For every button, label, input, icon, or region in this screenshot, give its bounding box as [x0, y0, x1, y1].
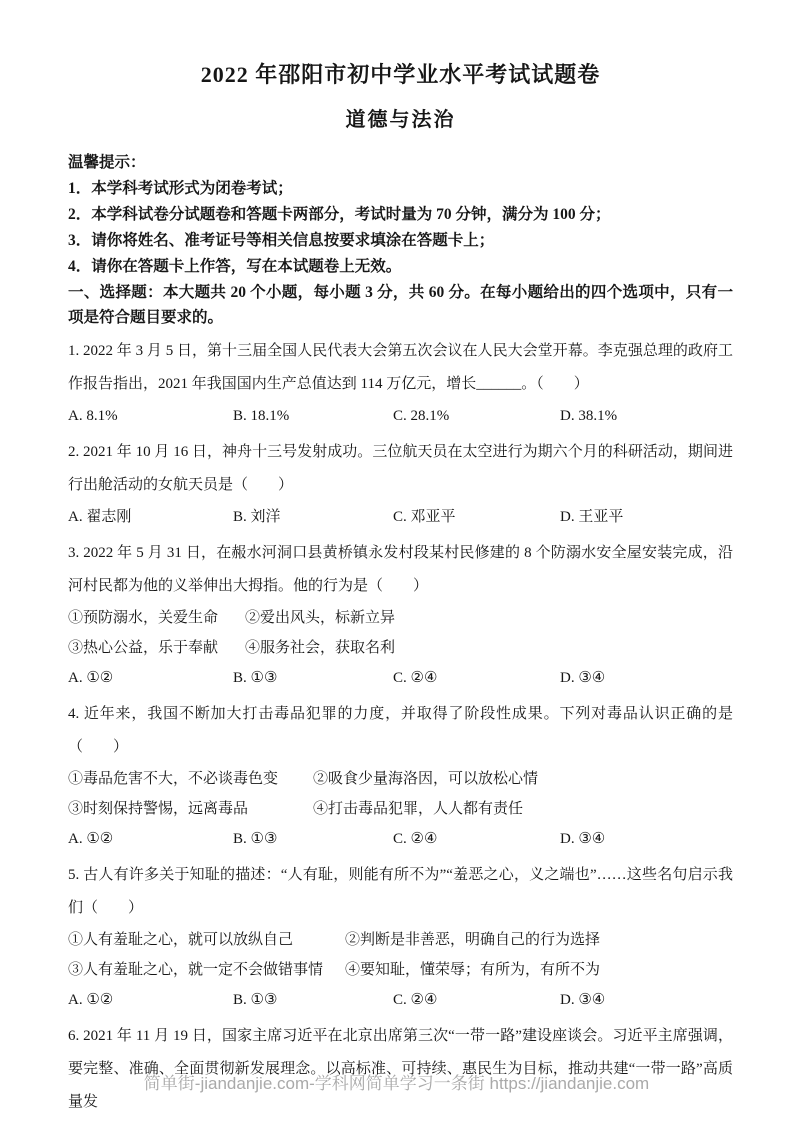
- question-5-statement-2: ②判断是非善恶，明确自己的行为选择: [345, 925, 600, 955]
- question-3-statement-3: ③热心公益，乐于奉献: [68, 633, 245, 663]
- tip-line-2: 2．本学科试卷分试题卷和答题卡两部分，考试时量为 70 分钟，满分为 100 分…: [68, 202, 733, 228]
- question-1-options: A. 8.1% B. 18.1% C. 28.1% D. 38.1%: [68, 401, 733, 431]
- question-5-options: A. ①② B. ①③ C. ②④ D. ③④: [68, 985, 733, 1015]
- question-4-statement-1: ①毒品危害不大，不必谈毒色变: [68, 764, 313, 794]
- question-3-statements-row-2: ③热心公益，乐于奉献 ④服务社会，获取名利: [68, 633, 733, 663]
- question-2-option-b: B. 刘洋: [233, 502, 393, 532]
- question-4-statement-4: ④打击毒品犯罪，人人都有责任: [313, 794, 523, 824]
- paper-subject: 道德与法治: [68, 106, 733, 134]
- tip-line-4: 4．请你在答题卡上作答，写在本试题卷上无效。: [68, 254, 733, 280]
- paper-title: 2022 年邵阳市初中学业水平考试试题卷: [68, 60, 733, 90]
- question-3-options: A. ①② B. ①③ C. ②④ D. ③④: [68, 663, 733, 693]
- question-4: 4. 近年来，我国不断加大打击毒品犯罪的力度，并取得了阶段性成果。下列对毒品认识…: [68, 698, 733, 854]
- question-5-option-a: A. ①②: [68, 985, 233, 1015]
- question-5: 5. 古人有许多关于知耻的描述：“人有耻，则能有所不为”“羞恶之心，义之端也”……: [68, 859, 733, 1015]
- tip-line-1: 1．本学科考试形式为闭卷考试；: [68, 176, 733, 202]
- question-4-statement-3: ③时刻保持警惕，远离毒品: [68, 794, 313, 824]
- question-4-option-d: D. ③④: [560, 824, 733, 854]
- question-5-option-b: B. ①③: [233, 985, 393, 1015]
- question-3-statement-4: ④服务社会，获取名利: [245, 633, 395, 663]
- question-4-statements-row-2: ③时刻保持警惕，远离毒品 ④打击毒品犯罪，人人都有责任: [68, 794, 733, 824]
- question-4-option-b: B. ①③: [233, 824, 393, 854]
- question-3-option-a: A. ①②: [68, 663, 233, 693]
- question-1-option-b: B. 18.1%: [233, 401, 393, 431]
- watermark-footer: 简单街-jiandanjie.com-学科网简单学习一条街 https://ji…: [0, 1069, 793, 1094]
- question-2-stem: 2. 2021 年 10 月 16 日，神舟十三号发射成功。三位航天员在太空进行…: [68, 436, 733, 502]
- question-1-stem: 1. 2022 年 3 月 5 日，第十三届全国人民代表大会第五次会议在人民大会…: [68, 335, 733, 401]
- question-3-option-d: D. ③④: [560, 663, 733, 693]
- question-1-option-c: C. 28.1%: [393, 401, 560, 431]
- question-3: 3. 2022 年 5 月 31 日，在赧水河洞口县黄桥镇永发村段某村民修建的 …: [68, 537, 733, 693]
- question-3-statement-2: ②爱出风头，标新立异: [245, 603, 395, 633]
- question-1-option-a: A. 8.1%: [68, 401, 233, 431]
- question-4-stem: 4. 近年来，我国不断加大打击毒品犯罪的力度，并取得了阶段性成果。下列对毒品认识…: [68, 698, 733, 764]
- question-5-stem: 5. 古人有许多关于知耻的描述：“人有耻，则能有所不为”“羞恶之心，义之端也”……: [68, 859, 733, 925]
- question-4-option-c: C. ②④: [393, 824, 560, 854]
- question-5-statement-1: ①人有羞耻之心，就可以放纵自己: [68, 925, 345, 955]
- question-5-statement-4: ④要知耻，懂荣辱；有所为，有所不为: [345, 955, 600, 985]
- question-5-option-d: D. ③④: [560, 985, 733, 1015]
- question-2: 2. 2021 年 10 月 16 日，神舟十三号发射成功。三位航天员在太空进行…: [68, 436, 733, 532]
- question-5-statement-3: ③人有羞耻之心，就一定不会做错事情: [68, 955, 345, 985]
- question-5-option-c: C. ②④: [393, 985, 560, 1015]
- question-3-option-b: B. ①③: [233, 663, 393, 693]
- question-3-statements-row-1: ①预防溺水，关爱生命 ②爱出风头，标新立异: [68, 603, 733, 633]
- tips-heading: 温馨提示：: [68, 150, 733, 176]
- question-4-option-a: A. ①②: [68, 824, 233, 854]
- exam-tips: 温馨提示： 1．本学科考试形式为闭卷考试； 2．本学科试卷分试题卷和答题卡两部分…: [68, 150, 733, 280]
- question-1: 1. 2022 年 3 月 5 日，第十三届全国人民代表大会第五次会议在人民大会…: [68, 335, 733, 431]
- question-4-statements-row-1: ①毒品危害不大，不必谈毒色变 ②吸食少量海洛因，可以放松心情: [68, 764, 733, 794]
- exam-paper: 2022 年邵阳市初中学业水平考试试题卷 道德与法治 温馨提示： 1．本学科考试…: [0, 0, 793, 1119]
- exam-paper-page: { "document": { "title": "2022 年邵阳市初中学业水…: [0, 0, 793, 1122]
- question-1-option-d: D. 38.1%: [560, 401, 733, 431]
- question-3-option-c: C. ②④: [393, 663, 560, 693]
- question-2-option-c: C. 邓亚平: [393, 502, 560, 532]
- section-heading-choice-questions: 一、选择题：本大题共 20 个小题，每小题 3 分，共 60 分。在每小题给出的…: [68, 280, 733, 330]
- question-3-stem: 3. 2022 年 5 月 31 日，在赧水河洞口县黄桥镇永发村段某村民修建的 …: [68, 537, 733, 603]
- question-2-option-a: A. 翟志刚: [68, 502, 233, 532]
- question-2-options: A. 翟志刚 B. 刘洋 C. 邓亚平 D. 王亚平: [68, 502, 733, 532]
- question-4-statement-2: ②吸食少量海洛因，可以放松心情: [313, 764, 538, 794]
- question-5-statements-row-2: ③人有羞耻之心，就一定不会做错事情 ④要知耻，懂荣辱；有所为，有所不为: [68, 955, 733, 985]
- question-5-statements-row-1: ①人有羞耻之心，就可以放纵自己 ②判断是非善恶，明确自己的行为选择: [68, 925, 733, 955]
- tip-line-3: 3．请你将姓名、准考证号等相关信息按要求填涂在答题卡上；: [68, 228, 733, 254]
- question-3-statement-1: ①预防溺水，关爱生命: [68, 603, 245, 633]
- question-2-option-d: D. 王亚平: [560, 502, 733, 532]
- question-4-options: A. ①② B. ①③ C. ②④ D. ③④: [68, 824, 733, 854]
